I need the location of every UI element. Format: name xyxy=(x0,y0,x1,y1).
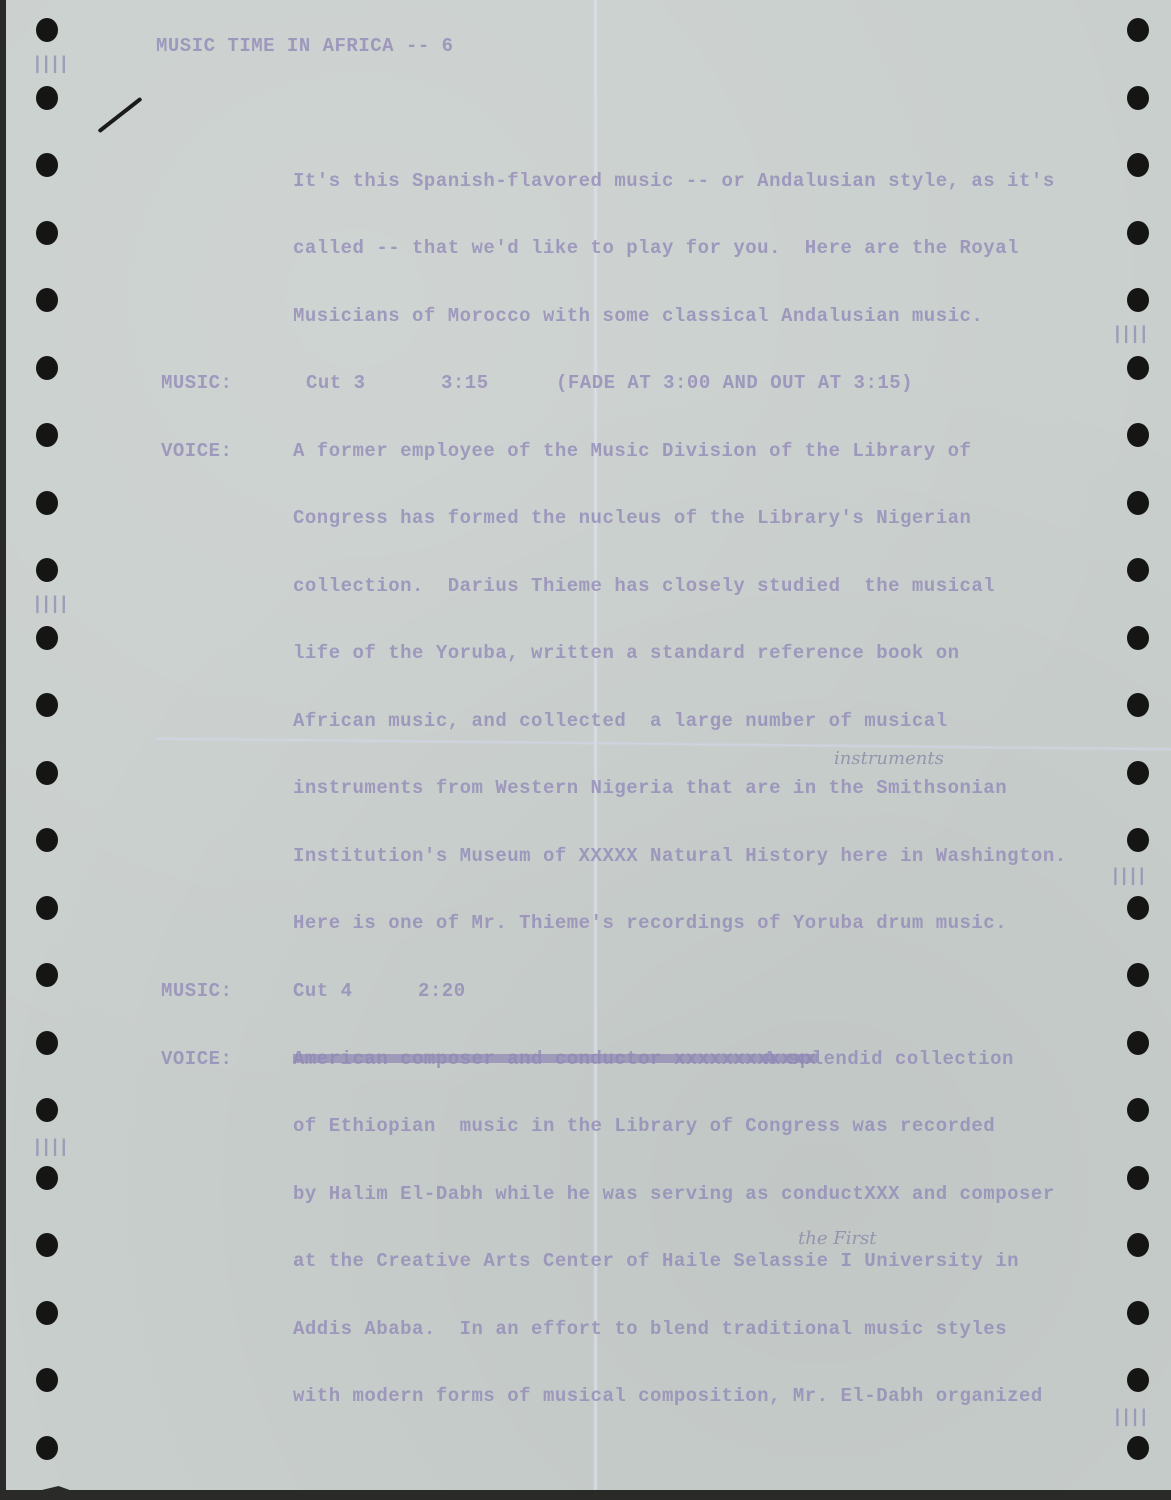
sprocket-hole xyxy=(1127,626,1149,650)
handwritten-insertion: the First xyxy=(798,1228,877,1249)
voice-label: VOICE: xyxy=(161,440,232,462)
sprocket-hole xyxy=(36,1031,58,1055)
margin-mark: |||| xyxy=(32,1138,67,1158)
handwritten-note: instruments xyxy=(834,748,944,769)
pen-mark xyxy=(97,97,142,133)
sprocket-hole xyxy=(36,1098,58,1122)
sprocket-hole xyxy=(1127,86,1149,110)
sprocket-hole xyxy=(1127,18,1149,42)
sprocket-hole xyxy=(1127,221,1149,245)
music-cue-label: MUSIC: xyxy=(161,980,232,1002)
paragraph-line: Musicians of Morocco with some classical… xyxy=(293,305,983,327)
sprocket-hole xyxy=(36,896,58,920)
sprocket-hole xyxy=(1127,896,1149,920)
sprocket-hole xyxy=(1127,1031,1149,1055)
sprocket-hole xyxy=(1127,423,1149,447)
voice-line: Congress has formed the nucleus of the L… xyxy=(293,507,971,529)
voice-line: Institution's Museum of XXXXX Natural Hi… xyxy=(293,845,1067,867)
sprocket-hole xyxy=(36,288,58,312)
music-cue-note: (FADE AT 3:00 AND OUT AT 3:15) xyxy=(556,372,913,394)
sprocket-hole xyxy=(36,1436,58,1460)
music-cue-duration: 3:15 xyxy=(441,372,489,394)
sprocket-hole xyxy=(36,1368,58,1392)
sprocket-hole xyxy=(36,963,58,987)
voice-line: A splendid collection xyxy=(764,1048,1014,1070)
music-cue-cut: Cut 4 xyxy=(293,980,353,1002)
sprocket-hole xyxy=(36,18,58,42)
sprocket-hole xyxy=(36,828,58,852)
sprocket-hole xyxy=(1127,491,1149,515)
sprocket-hole xyxy=(36,761,58,785)
voice-line: life of the Yoruba, written a standard r… xyxy=(293,642,960,664)
voice-line: by Halim El-Dabh while he was serving as… xyxy=(293,1183,1055,1205)
sprocket-hole xyxy=(1127,1233,1149,1257)
sprocket-hole xyxy=(36,491,58,515)
sprocket-hole xyxy=(1127,153,1149,177)
sprocket-hole xyxy=(1127,963,1149,987)
voice-line: with modern forms of musical composition… xyxy=(293,1385,1043,1407)
sprocket-hole xyxy=(1127,1166,1149,1190)
sprocket-hole xyxy=(36,356,58,380)
sprocket-hole xyxy=(36,86,58,110)
paragraph-line: It's this Spanish-flavored music -- or A… xyxy=(293,170,1055,192)
sprocket-hole xyxy=(1127,1368,1149,1392)
sprocket-hole xyxy=(36,153,58,177)
margin-mark: |||| xyxy=(32,55,67,75)
page-header: MUSIC TIME IN AFRICA -- 6 xyxy=(156,35,454,57)
margin-mark: |||| xyxy=(32,595,67,615)
music-cue-label: MUSIC: xyxy=(161,372,232,394)
music-cue-cut: Cut 3 xyxy=(306,372,366,394)
voice-line: of Ethiopian music in the Library of Con… xyxy=(293,1115,995,1137)
sprocket-hole xyxy=(1127,558,1149,582)
sprocket-hole xyxy=(36,558,58,582)
sprocket-hole xyxy=(1127,1436,1149,1460)
sprocket-hole xyxy=(1127,356,1149,380)
struck-out-text: American composer and conductor xxxxxxxx… xyxy=(293,1048,817,1070)
sprocket-hole xyxy=(1127,761,1149,785)
voice-line: instruments from Western Nigeria that ar… xyxy=(293,777,1007,799)
sprocket-hole xyxy=(36,423,58,447)
sprocket-hole xyxy=(36,1166,58,1190)
voice-line: A former employee of the Music Division … xyxy=(293,440,971,462)
horizontal-crease xyxy=(156,737,1171,752)
sprocket-hole xyxy=(36,626,58,650)
voice-line: Addis Ababa. In an effort to blend tradi… xyxy=(293,1318,1007,1340)
sprocket-hole xyxy=(36,221,58,245)
sprocket-hole xyxy=(1127,693,1149,717)
sprocket-hole xyxy=(1127,288,1149,312)
voice-line: at the Creative Arts Center of Haile Sel… xyxy=(293,1250,1019,1272)
sprocket-hole xyxy=(36,1301,58,1325)
sprocket-hole xyxy=(1127,1301,1149,1325)
voice-line: collection. Darius Thieme has closely st… xyxy=(293,575,995,597)
sprocket-hole xyxy=(1127,1098,1149,1122)
document-page: MUSIC TIME IN AFRICA -- 6 It's this Span… xyxy=(6,0,1171,1490)
sprocket-hole xyxy=(1127,828,1149,852)
voice-label: VOICE: xyxy=(161,1048,232,1070)
sprocket-hole xyxy=(36,693,58,717)
voice-line: Here is one of Mr. Thieme's recordings o… xyxy=(293,912,1007,934)
paragraph-line: called -- that we'd like to play for you… xyxy=(293,237,1019,259)
margin-mark: |||| xyxy=(1110,867,1145,887)
margin-mark: |||| xyxy=(1112,1408,1147,1428)
sprocket-hole xyxy=(36,1233,58,1257)
music-cue-duration: 2:20 xyxy=(418,980,466,1002)
voice-line: African music, and collected a large num… xyxy=(293,710,948,732)
margin-mark: |||| xyxy=(1112,325,1147,345)
